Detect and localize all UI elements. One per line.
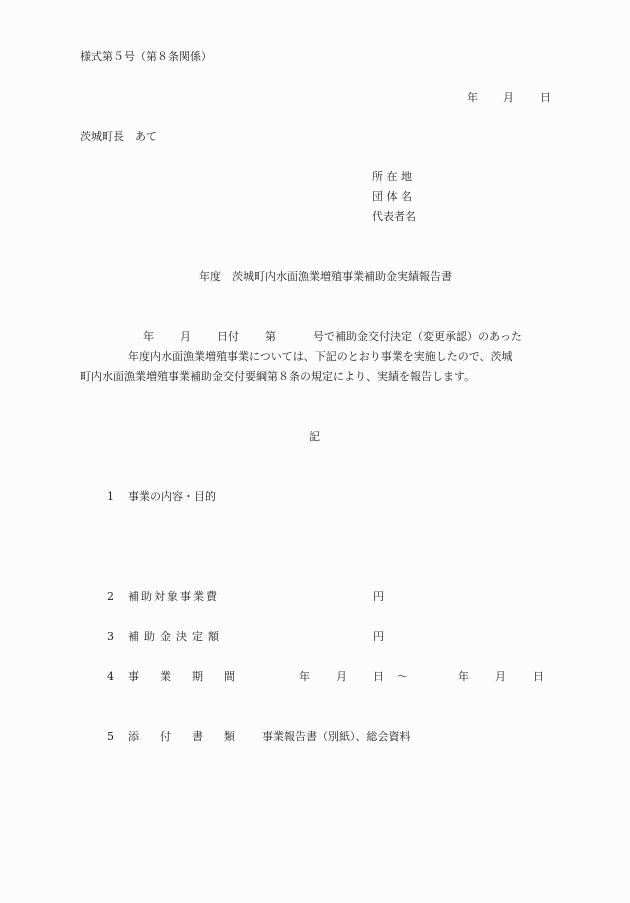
- item-label: 補助金決定額: [128, 631, 224, 642]
- item-number: 3: [107, 631, 114, 642]
- period-separator: ～: [397, 671, 408, 682]
- body-month: 月: [180, 331, 191, 342]
- form-number: 様式第５号（第８条関係）: [80, 51, 212, 62]
- period-start-month: 月: [336, 671, 347, 682]
- item-label: 事業期間: [128, 671, 256, 682]
- addressee: 茨城町長 あて: [80, 131, 157, 142]
- item-label: 補助対象事業費: [128, 591, 219, 602]
- ki-heading: 記: [309, 431, 320, 442]
- body-line2: 年度内水面漁業増殖事業については、下記のとおり事業を実施したので、茨城: [128, 351, 513, 362]
- body-line3: 町内水面漁業増殖事業補助金交付要綱第８条の規定により、実績を報告します。: [80, 371, 475, 382]
- item-number: 1: [107, 491, 114, 502]
- period-end-month: 月: [495, 671, 506, 682]
- item-number: 2: [107, 591, 114, 602]
- item-value: 事業報告書（別紙）、総会資料: [262, 731, 411, 742]
- period-end-day: 日: [533, 671, 544, 682]
- item-number: 5: [107, 731, 114, 742]
- period-end-year: 年: [458, 671, 469, 682]
- body-line1-rest: 号で補助金交付決定（変更承認）のあった: [313, 331, 522, 342]
- body-day: 日付: [217, 331, 239, 342]
- body-number-prefix: 第: [265, 331, 276, 342]
- date-year: 年: [467, 92, 478, 103]
- item-unit: 円: [373, 591, 384, 602]
- date-month: 月: [503, 92, 514, 103]
- organization-label: 団 体 名: [372, 191, 412, 202]
- item-label: 添付書類: [128, 731, 256, 742]
- period-start-year: 年: [299, 671, 310, 682]
- item-label: 事業の内容・目的: [128, 491, 216, 502]
- body-year: 年: [143, 331, 154, 342]
- item-number: 4: [107, 671, 114, 682]
- date-day: 日: [540, 92, 551, 103]
- representative-label: 代表者名: [372, 211, 416, 222]
- item-unit: 円: [373, 631, 384, 642]
- address-label: 所 在 地: [372, 171, 412, 182]
- document-title: 年度 茨城町内水面漁業増殖事業補助金実績報告書: [199, 271, 452, 282]
- period-start-day: 日: [373, 671, 384, 682]
